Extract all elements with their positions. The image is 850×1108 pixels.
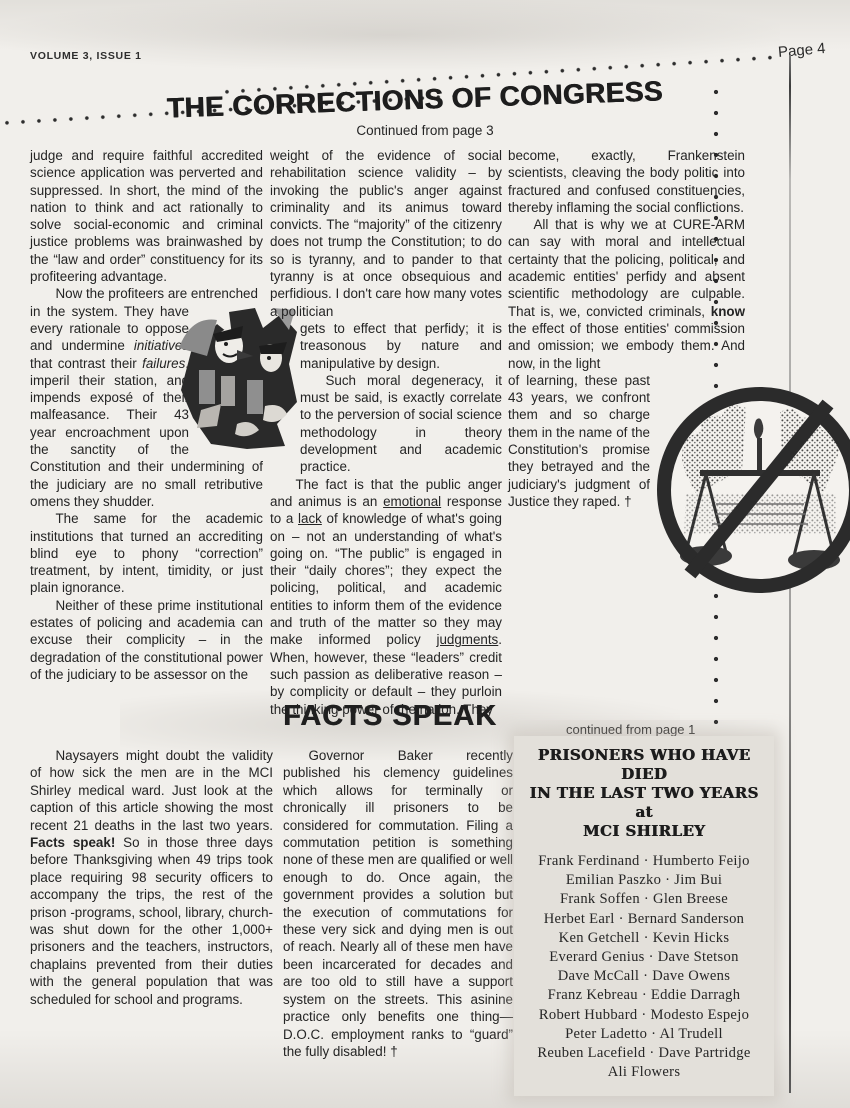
prisoner-name-line: Frank Soffen · Glen Breese	[518, 890, 770, 909]
volume-issue-label: VOLUME 3, ISSUE 1	[30, 50, 142, 62]
facts-column-middle: Governor Baker recently published his cl…	[283, 747, 513, 1060]
facts-column-left: Naysayers might doubt the validity of ho…	[30, 747, 273, 1008]
illustration-overflow-spacer	[270, 320, 300, 462]
congress-left-paragraphs-a: judge and require faithful accredited sc…	[30, 147, 263, 303]
prisoner-name-line: Peter Ladetto · Al Trudell	[518, 1025, 770, 1044]
facts-left-paragraphs: Naysayers might doubt the validity of ho…	[30, 747, 273, 1008]
prisoner-name-line: Dave McCall · Dave Owens	[518, 967, 770, 986]
prisoners-name-list: Frank Ferdinand · Humberto FeijoEmilian …	[518, 852, 770, 1082]
prisoners-died-box: PRISONERS WHO HAVE DIED IN THE LAST TWO …	[514, 736, 774, 1096]
continued-from-page-3-note: Continued from page 3	[280, 123, 570, 138]
prisoner-name-line: Emilian Paszko · Jim Bui	[518, 871, 770, 890]
prisoners-died-title: PRISONERS WHO HAVE DIED IN THE LAST TWO …	[518, 746, 770, 841]
congress-middle-paragraphs-b: gets to effect that perfidy; it is treas…	[270, 320, 502, 718]
prisoners-died-title-line2: IN THE LAST TWO YEARS at	[518, 784, 770, 822]
scan-blotch	[0, 0, 850, 50]
prisoners-died-title-line1: PRISONERS WHO HAVE DIED	[518, 746, 770, 784]
prisoner-name-line: Everard Genius · Dave Stetson	[518, 948, 770, 967]
newsletter-page: VOLUME 3, ISSUE 1 Page 4 THE CORRECTIONS…	[0, 0, 850, 1108]
prisoner-name-line: Robert Hubbard · Modesto Espejo	[518, 1006, 770, 1025]
congress-column-middle: weight of the evidence of social rehabil…	[270, 147, 502, 718]
prisoner-name-line: Reuben Lacefield · Dave Partridge	[518, 1044, 770, 1063]
prisoner-name-line: Herbet Earl · Bernard Sanderson	[518, 910, 770, 929]
prisoner-name-line: Ali Flowers	[518, 1063, 770, 1082]
prisoner-name-line: Frank Ferdinand · Humberto Feijo	[518, 852, 770, 871]
congress-column-left: judge and require faithful accredited sc…	[30, 147, 263, 683]
no-justice-illustration	[656, 374, 803, 602]
continued-from-page-1-note: continued from page 1	[566, 722, 766, 737]
congress-column-right: become, exactly, Frankenstein scientists…	[508, 147, 745, 604]
article-title-facts-speak: FACTS SPEAK	[175, 700, 605, 733]
congress-right-paragraphs-a: become, exactly, Frankenstein scientists…	[508, 147, 745, 372]
crossed-out-scales-icon	[656, 374, 850, 602]
prisoners-died-title-line3: MCI SHIRLEY	[518, 822, 770, 841]
prisoner-name-line: Franz Kebreau · Eddie Darragh	[518, 986, 770, 1005]
congress-middle-paragraphs-a: weight of the evidence of social rehabil…	[270, 147, 502, 320]
facts-middle-paragraphs: Governor Baker recently published his cl…	[283, 747, 513, 1060]
page-number-label: Page 4	[777, 40, 826, 61]
prisoner-name-line: Ken Getchell · Kevin Hicks	[518, 929, 770, 948]
